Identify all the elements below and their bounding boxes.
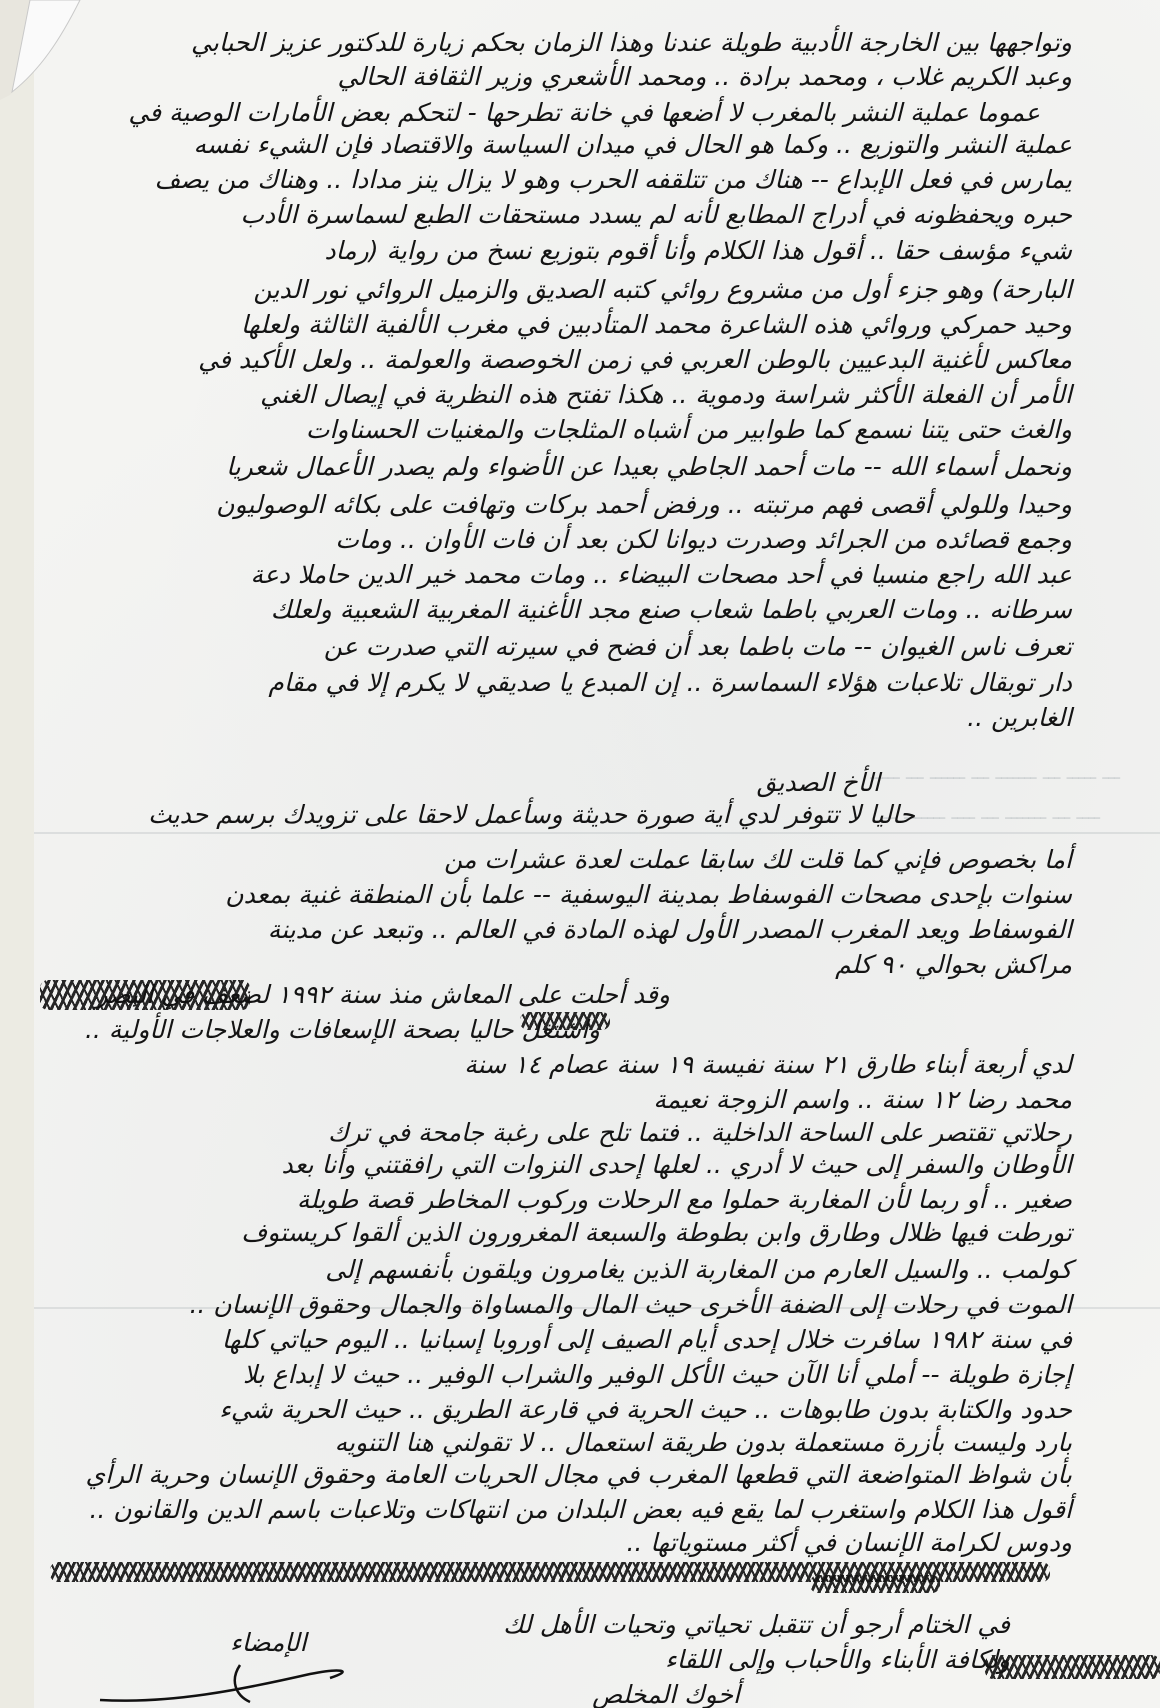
text-line: عبد الله راجع منسيا في أحد مصحات البيضاء…: [250, 560, 1072, 590]
crossed-out-text: [985, 1655, 1160, 1679]
text-line: الأوطان والسفر إلى حيث لا أدري .. لعلها …: [282, 1150, 1073, 1180]
fold-line: [34, 832, 1160, 834]
text-line: الموت في رحلات إلى الضفة الأخرى حيث الما…: [189, 1290, 1072, 1320]
text-line: بأن شواظ المتواضعة التي قطعها المغرب في …: [86, 1460, 1073, 1490]
text-line: سرطانه .. ومات العربي باطما شعاب صنع مجد…: [271, 595, 1072, 625]
text-line: بارد وليست بأزرة مستعملة بدون طريقة استع…: [335, 1428, 1072, 1458]
text-line: رحلاتي تقتصر على الساحة الداخلية .. فتما…: [328, 1118, 1072, 1148]
text-line: لدي أربعة أبناء طارق ٢١ سنة نفيسة ١٩ سنة…: [464, 1050, 1072, 1080]
text-line: أما بخصوص فإني كما قلت لك سابقا عملت لعد…: [444, 845, 1072, 875]
text-line: صغير .. أو ربما لأن المغاربة حملوا مع ال…: [297, 1185, 1072, 1215]
text-line: كولمب .. والسيل العارم من المغاربة الذين…: [325, 1255, 1072, 1285]
text-line: يمارس في فعل الإبداع -- هناك من تتلقفه ا…: [155, 165, 1072, 195]
text-line: البارحة) وهو جزء أول من مشروع روائي كتبه…: [253, 275, 1072, 305]
text-line: أقول هذا الكلام واستغرب لما يقع فيه بعض …: [89, 1495, 1072, 1525]
signature: [90, 1660, 450, 1708]
text-line: وتواجهها بين الخارجة الأدبية طويلة عندنا…: [191, 28, 1072, 58]
text-line: ونحمل أسماء الله -- مات أحمد الجاطي بعيد…: [226, 452, 1072, 482]
text-line: تعرف ناس الغيوان -- مات باطما بعد أن فضح…: [324, 632, 1072, 662]
crossed-out-text: [810, 1575, 940, 1593]
text-line: معاكس لأغنية البدعيين بالوطن العربي في ز…: [198, 345, 1072, 375]
closing-line: ولكافة الأبناء والأحباب وإلى اللقاء: [665, 1645, 1010, 1675]
text-line: وحيدا وللولي أقصى فهم مرتبته .. ورفض أحم…: [216, 490, 1072, 520]
salutation: الأخ الصديق: [757, 768, 880, 798]
text-line: محمد رضا ١٢ سنة .. واسم الزوجة نعيمة: [653, 1085, 1072, 1115]
text-line: عموما عملية النشر بالمغرب لا أضعها في خا…: [128, 98, 1040, 128]
text-line: مراكش بحوالي ٩٠ كلم: [835, 950, 1072, 980]
text-line: الفوسفاط ويعد المغرب المصدر الأول لهذه ا…: [268, 915, 1072, 945]
page-curl-corner: [0, 0, 90, 100]
text-line: عملية النشر والتوزيع .. وكما هو الحال في…: [194, 130, 1072, 160]
signature-label: الإمضاء: [230, 1628, 307, 1658]
text-line: حبره ويحفظونه في أدراج المطابع لأنه لم ي…: [241, 200, 1072, 230]
crossed-out-text: [40, 980, 250, 1010]
closing-line: أخوك المخلص: [592, 1680, 740, 1708]
show-through-text: ـــ ـــــ ـــ ـــــــ ـــ ــــــ ـــ ـــ…: [870, 760, 1120, 784]
text-line: إجازة طويلة -- أملي أنا الآن حيث الأكل ا…: [243, 1360, 1072, 1390]
text-line: دار توبقال تلاعبات هؤلاء السماسرة .. إن …: [268, 668, 1072, 698]
text-line: شيء مؤسف حقا .. أقول هذا الكلام وأنا أقو…: [325, 236, 1072, 266]
text-line: وعبد الكريم غلاب ، ومحمد برادة .. ومحمد …: [337, 62, 1072, 92]
text-line: الأمر أن الفعلة الأكثر شراسة ودموية .. ه…: [260, 380, 1072, 410]
text-line: سنوات بإحدى مصحات الفوسفاط بمدينة اليوسف…: [225, 880, 1072, 910]
crossed-out-text: [520, 1012, 610, 1030]
text-line: وحيد حمركي وروائي هذه الشاعرة محمد المتأ…: [241, 310, 1072, 340]
closing-line: في الختام أرجو أن تتقبل تحياتي وتحيات ال…: [503, 1610, 1010, 1640]
text-line: ودوس لكرامة الإنسان في أكثر مستوياتها ..: [626, 1528, 1072, 1558]
text-line: حاليا لا تتوفر لدي أية صورة حديثة وسأعمل…: [148, 800, 915, 830]
text-line: في سنة ١٩٨٢ سافرت خلال إحدى أيام الصيف إ…: [222, 1325, 1072, 1355]
text-line: تورطت فيها ظلال وطارق وابن بطوطة والسبعة…: [241, 1218, 1072, 1248]
text-line: حدود والكتابة بدون طابوهات .. حيث الحرية…: [219, 1395, 1072, 1425]
text-line: الغابرين ..: [967, 703, 1072, 733]
text-line: والغث حتى يتنا نسمع كما طوابير من أشباه …: [306, 415, 1072, 445]
text-line: وجمع قصائده من الجرائد وصدرت ديوانا لكن …: [335, 525, 1072, 555]
